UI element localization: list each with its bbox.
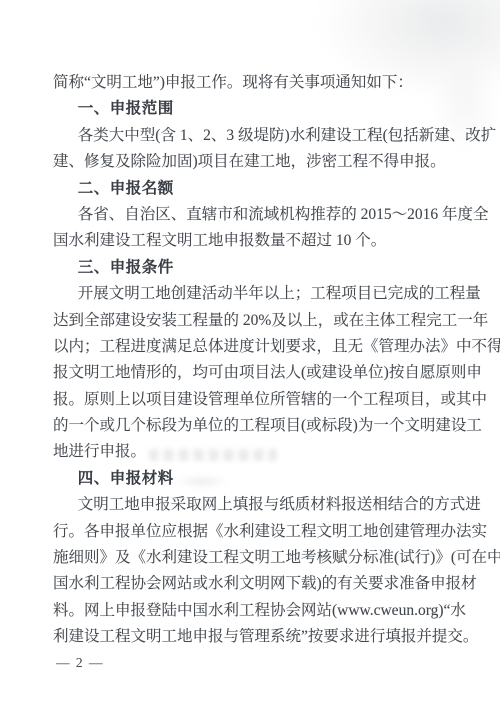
text-line: 国水利工程协会网站或水利文明网下载)的有关要求准备申报材 bbox=[53, 571, 467, 597]
text-line: 施细则》及《水利建设工程文明工地考核赋分标准(试行)》(可在中 bbox=[53, 545, 467, 571]
text-line: 建、修复及除险加固)项目在建工地，涉密工程不得申报。 bbox=[53, 149, 467, 175]
section-heading: 四、申报材料 bbox=[53, 466, 467, 492]
section-heading: 一、申报范围 bbox=[53, 96, 467, 122]
text-line: 行。各申报单位应根据《水利建设工程文明工地创建管理办法实 bbox=[53, 519, 467, 545]
text-line: 报文明工地情形的，均可由项目法人(或建设单位)按自愿原则申 bbox=[53, 360, 467, 386]
text-line: 的一个或几个标段为单位的工程项目(或标段)为一个文明建设工 bbox=[53, 413, 467, 439]
section-heading: 二、申报名额 bbox=[53, 176, 467, 202]
text-line: 开展文明工地创建活动半年以上；工程项目已完成的工程量 bbox=[53, 281, 467, 307]
text-line: 利建设工程文明工地申报与管理系统”按要求进行填报并提交。 bbox=[53, 624, 467, 650]
text-line: 文明工地申报采取网上填报与纸质材料报送相结合的方式进 bbox=[53, 492, 467, 518]
scanned-document-page: 简称“文明工地”)申报工作。现将有关事项通知如下：一、申报范围各类大中型(含 1… bbox=[0, 0, 500, 724]
ink-showthrough-smudge bbox=[149, 449, 277, 461]
document-body: 简称“文明工地”)申报工作。现将有关事项通知如下：一、申报范围各类大中型(含 1… bbox=[53, 70, 467, 651]
page-number: — 2 — bbox=[56, 653, 104, 673]
text-line: 达到全部建设安装工程量的 20%及以上，或在主体工程完工一年 bbox=[53, 308, 467, 334]
section-heading: 三、申报条件 bbox=[53, 255, 467, 281]
text-line: 料。网上申报登陆中国水利工程协会网站(www.cweun.org)“水 bbox=[53, 598, 467, 624]
text-line: 各类大中型(含 1、2、3 级堤防)水利建设工程(包括新建、改扩 bbox=[53, 123, 467, 149]
text-line: 以内；工程进度满足总体进度计划要求，且无《管理办法》中不得申 bbox=[53, 334, 467, 360]
text-line: 报。原则上以项目建设管理单位所管辖的一个工程项目，或其中 bbox=[53, 387, 467, 413]
text-line: 各省、自治区、直辖市和流域机构推荐的 2015～2016 年度全 bbox=[53, 202, 467, 228]
text-line: 国水利建设工程文明工地申报数量不超过 10 个。 bbox=[53, 228, 467, 254]
text-line: 简称“文明工地”)申报工作。现将有关事项通知如下： bbox=[53, 70, 467, 96]
ink-showthrough-blob bbox=[176, 475, 228, 488]
